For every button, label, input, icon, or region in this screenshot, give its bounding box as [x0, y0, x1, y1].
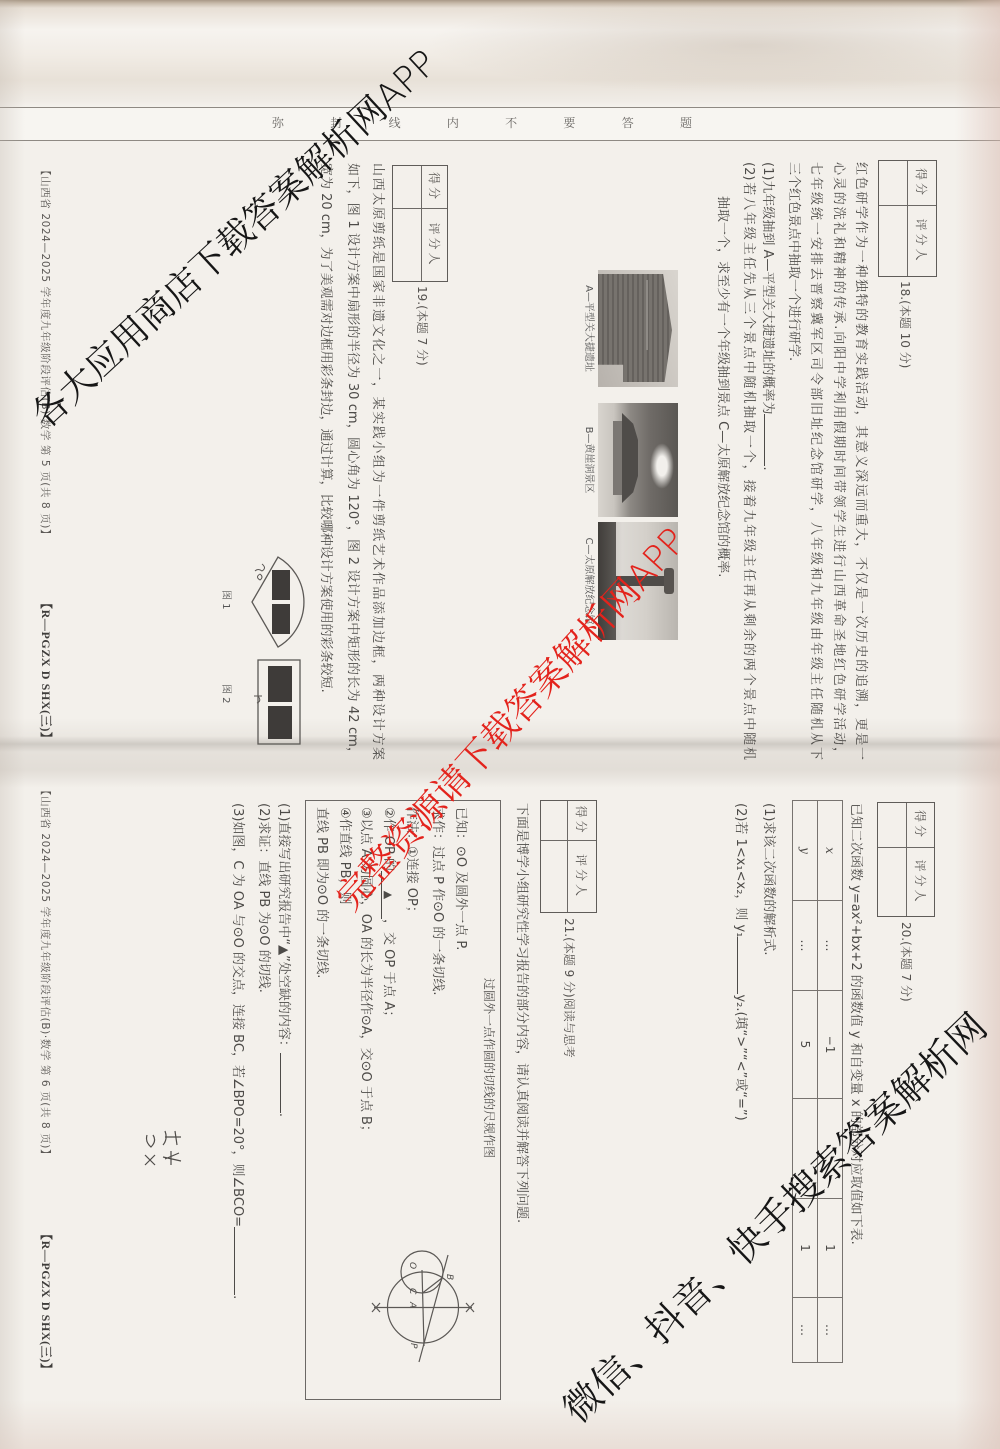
- q20-part-2-text: (2)若 1<x₁<x₂，则 y₁: [733, 803, 748, 937]
- q18-stem-line: 红色研学作为一种独特的教育实践活动，其意义深远而重大，不仅是一次历史的追溯，更是…: [852, 162, 868, 760]
- score-label: 得分: [906, 803, 934, 848]
- handwriting-scribble: [135, 1125, 185, 1183]
- page-6-footer: 【山西省 2024—2025 学年度九年级阶段评估(B)·数学 第 6 页(共 …: [38, 785, 52, 1160]
- q21-part-1-text: (1)直接写出研究报告中“▲”处空缺的内容：: [276, 803, 291, 1053]
- q18-part-1: (1)九年级抽到 A—平型关大捷遗址的概率为.: [759, 162, 778, 471]
- grader-label: 评分人: [567, 841, 596, 912]
- report-given: 已知：⊙O 及圆外一点 P.: [452, 807, 468, 950]
- q18-part-1-end: .: [760, 466, 775, 470]
- building-roof: [622, 413, 638, 503]
- building-wall: [613, 421, 622, 495]
- answer-blank: [737, 937, 751, 994]
- row-label: y: [793, 801, 818, 901]
- table-cell: [818, 1099, 843, 1199]
- score-label: 得分: [421, 166, 447, 209]
- q19-stem-line: 山西太原剪纸是国家非遗文化之一，某实践小组为一件剪纸艺术作品添加边框，两种设计方…: [369, 163, 385, 760]
- table-cell: …: [818, 1298, 843, 1363]
- q21-part-1-end: .: [276, 1113, 291, 1117]
- statue-shape: [608, 576, 670, 586]
- score-label: 得分: [567, 801, 596, 841]
- report-step-1: 作法：①连接 OP；: [403, 807, 419, 919]
- grader-cell: [541, 841, 567, 912]
- grader-label: 评分人: [906, 848, 934, 916]
- question-number-19: 19.(本题 7 分): [414, 286, 430, 366]
- q19-stem-line: 宽为 20 cm，为了美观需对边框用彩条封边，通过计算，比较哪种设计方案使用的彩…: [317, 163, 333, 693]
- table-cell: …: [793, 1298, 818, 1363]
- report-task: 求作：过点 P 作⊙O 的一条切线.: [429, 807, 445, 996]
- monument-inscription: [646, 280, 648, 350]
- cloud-shape: [650, 443, 674, 489]
- label-o: O: [407, 1262, 417, 1269]
- q18-part-1-text: (1)九年级抽到 A—平型关大捷遗址的概率为: [760, 162, 775, 414]
- table-cell: 5: [793, 991, 818, 1099]
- score-box-q21: 得分 评分人: [540, 800, 597, 913]
- q19-stem-line: 如下，图 1 设计方案中扇形的半径为 30 cm，圆心角为 120°，图 2 设…: [344, 163, 360, 760]
- report-step-2-text: ②作 OP 的: [381, 807, 396, 871]
- q21-part-3: (3)如图，C 为 OA 与⊙O 的交点，连接 BC，若∠BPO=20°，则∠B…: [229, 803, 248, 1299]
- question-number-21: 21.(本题 9 分)阅读与思考: [561, 918, 577, 1058]
- tree-line: [598, 522, 616, 640]
- score-box-q20: 得分 评分人: [877, 802, 935, 917]
- score-cell: [878, 803, 906, 848]
- q21-part-3-end: .: [230, 1295, 245, 1299]
- table-cell: −1: [818, 991, 843, 1099]
- label-a: A: [407, 1301, 417, 1308]
- score-cell: [879, 161, 907, 206]
- question-number-20: 20.(本题 7 分): [898, 922, 914, 1002]
- answer-blank: [280, 1053, 294, 1113]
- report-step-4: ④作直线 PB，则: [336, 807, 352, 905]
- q21-part-3-text: (3)如图，C 为 OA 与⊙O 的交点，连接 BC，若∠BPO=20°，则∠B…: [230, 803, 245, 1227]
- table-cell: …: [793, 901, 818, 991]
- report-step-3: ③以点 A 为圆心，OA 的长为半径作⊙A，交⊙O 于点 B；: [357, 807, 373, 1138]
- table-row-x: x … −1 1 …: [818, 801, 843, 1363]
- q20-stem: 已知二次函数 y=ax²+bx+2 的函数值 y 和自变量 x 的部分对应取值如…: [847, 803, 863, 1245]
- table-cell: 1: [818, 1199, 843, 1298]
- figure-2-caption: 图 2: [219, 684, 231, 704]
- photo-taiyuan-memorial: [598, 522, 678, 640]
- exam-spread: 得分 评分人 18.(本题 10 分) 红色研学作为一种独特的教育实践活动，其意…: [0, 0, 1000, 1449]
- q18-stem-line: 三个红色景点中抽取一个进行研学.: [785, 162, 801, 361]
- photo-caption-b: B—黄崖洞景区: [582, 403, 594, 517]
- tangent-construction-diagram: O C A B P: [368, 1240, 480, 1400]
- label-b: B: [444, 1274, 454, 1280]
- report-title: 过圆外一点作圆的切线的尺规作图: [481, 978, 497, 1158]
- label-c: C: [407, 1288, 417, 1295]
- monument-shape: [598, 274, 672, 382]
- q20-part-2: (2)若 1<x₁<x₂，则 y₁y₂.(填“>”“<”或“=”): [732, 803, 751, 1121]
- q21-part-1: (1)直接写出研究报告中“▲”处空缺的内容：.: [275, 803, 294, 1117]
- score-cell: [541, 801, 567, 841]
- grader-label: 评分人: [907, 206, 936, 276]
- q18-part-2-line: 抽取一个，求至少有一个年级抽到景点 C—太原解放纪念馆的概率.: [714, 196, 730, 577]
- q18-part-2-line: (2)若八年级主任先从三个景点中随机抽取一个，接着九年级主任再从剩余的两个景点中…: [740, 162, 756, 760]
- handwriting-mark: [255, 564, 265, 580]
- figure-1-sector-frame: [248, 552, 310, 652]
- table-cell: …: [818, 901, 843, 991]
- grader-cell: [878, 848, 906, 916]
- report-step-2: ②作 OP 的▲，交 OP 于点 A；: [380, 807, 396, 1023]
- photo-caption-c: C—太原解放纪念馆: [582, 522, 594, 640]
- q21-part-2: (2)求证：直线 PB 为⊙O 的切线.: [255, 803, 271, 993]
- report-step-2-end: ，交 OP 于点 A；: [381, 919, 396, 1023]
- triangle-blank: ▲: [381, 871, 395, 919]
- photo-pingxingguan: [598, 270, 678, 387]
- photo-caption-a: A—平型关大捷遗址: [582, 270, 594, 387]
- q18-stem-line: 七年级统一安排去晋察冀军区司令部旧址纪念馆研学，八年级和九年级由年级主任随机从下: [807, 162, 823, 760]
- table-cell: [793, 1099, 818, 1199]
- page-5-footer: 【山西省 2024—2025 学年度九年级阶段评估(B)·数学 第 5 页(共 …: [38, 165, 52, 540]
- score-box-q19: 得分 评分人: [392, 165, 448, 282]
- question-number-18: 18.(本题 10 分): [897, 281, 913, 368]
- score-cell: [393, 166, 421, 209]
- table-cell: 1: [793, 1199, 818, 1298]
- figure-1-caption: 图 1: [219, 590, 231, 610]
- q21-intro: 下面是博学小组研究性学习报告的部分内容，请认真阅读并解答下列问题.: [513, 803, 529, 1223]
- grader-cell: [879, 206, 907, 276]
- grader-cell: [393, 209, 421, 281]
- grader-label: 评分人: [421, 209, 447, 281]
- value-table: x … −1 1 … y … 5 1 …: [792, 800, 843, 1363]
- score-label: 得分: [907, 161, 936, 206]
- page-5-code: 【R—PGZX D SHX(三)】: [39, 597, 53, 745]
- statue-top: [664, 568, 674, 594]
- q20-part-2-end: y₂.(填“>”“<”或“=”): [733, 994, 748, 1120]
- table-row-y: y … 5 1 …: [793, 801, 818, 1363]
- row-label: x: [818, 801, 843, 901]
- label-p: P: [408, 1343, 418, 1349]
- page-6-code: 【R—PGZX D SHX(三)】: [39, 1228, 53, 1376]
- photo-huangyadong: [598, 403, 678, 517]
- answer-blank: [234, 1227, 248, 1295]
- q20-part-1: (1)求该二次函数的解析式.: [760, 803, 776, 956]
- report-conclusion: 直线 PB 即为⊙O 的一条切线.: [313, 807, 329, 978]
- figure-2-rect-frame: [252, 658, 302, 748]
- score-box-q18: 得分 评分人: [878, 160, 937, 277]
- answer-blank: [764, 414, 778, 466]
- q18-stem-line: 心灵的洗礼和精神的传承.向阳中学利用假期时间带领学生进行山西革命圣地红色研学活动…: [830, 162, 846, 760]
